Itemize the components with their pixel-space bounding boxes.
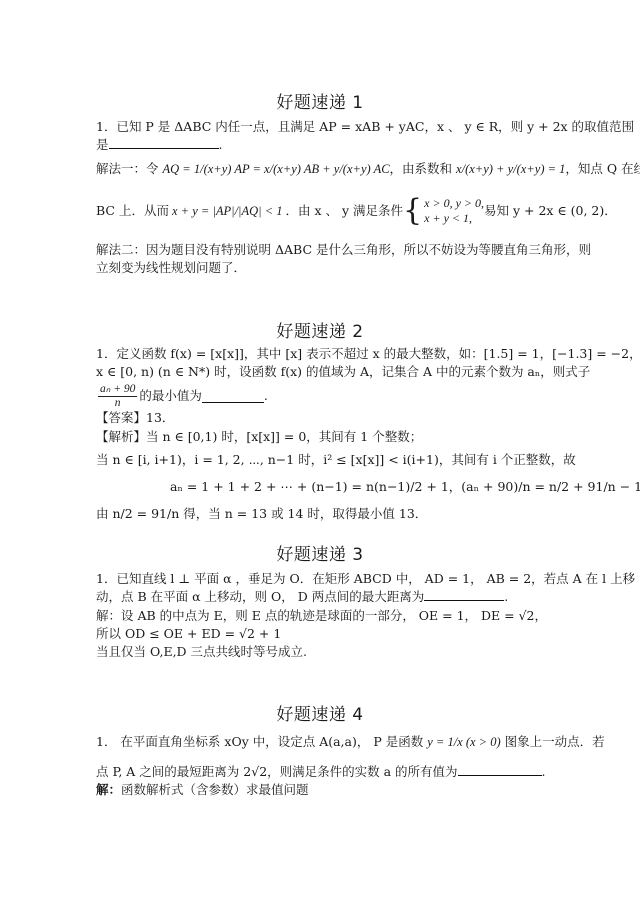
s4-solution: 解：函数解析式（含参数）求最值问题 xyxy=(96,781,556,799)
answer-blank xyxy=(109,136,219,149)
s1-solution1-line2: BC 上．从而 x + y = |AP|/|AQ| < 1 ．由 x 、 y 满… xyxy=(96,194,556,228)
s2-answer: 【答案】13． xyxy=(96,409,556,427)
section-title-1: 好题速递 1 xyxy=(0,88,640,113)
s3-solution-line3: 当且仅当 O,E,D 三点共线时等号成立. xyxy=(96,643,556,661)
s3-question-line1: 1．已知直线 l ⊥ 平面 α ，垂足为 O．在矩形 ABCD 中， AD = … xyxy=(96,570,556,588)
s2-analysis-line1: 【解析】当 n ∈ [0,1) 时，[x[x]] = 0，其间有 1 个整数； xyxy=(96,428,556,446)
s3-question-line2: 动，点 B 在平面 α 上移动，则 O， D 两点间的最大距离为. xyxy=(96,588,556,606)
s1-question-suffix: . xyxy=(219,137,223,152)
s1-solution1-line1: 解法一：令 AQ = 1/(x+y) AP = x/(x+y) AB + y/(… xyxy=(96,160,556,178)
s1-sol1-sum: x/(x+y) + y/(x+y) = 1 xyxy=(456,162,565,176)
s3-q-suffix: . xyxy=(504,589,508,604)
fraction-denominator: n xyxy=(113,397,123,410)
s4-question-line2: 点 P, A 之间的最短距离为 2√2，则满足条件的实数 a 的所有值为. xyxy=(96,763,556,781)
s4-q-suffix: 图象上一动点．若 xyxy=(505,734,605,749)
s2-question-line3: aₙ + 90 n 的最小值为. xyxy=(96,381,556,411)
s2-q-text: 的最小值为 xyxy=(139,387,202,405)
s1-sol1-label: 解法一：令 xyxy=(96,161,159,176)
section-title-3: 好题速递 3 xyxy=(0,540,640,565)
s1-sol1-l2-tail: 易知 y + 2x ∈ (0, 2)． xyxy=(484,202,617,220)
s2-analysis-line4: 由 n/2 = 91/n 得，当 n = 13 或 14 时，取得最小值 13． xyxy=(96,505,556,523)
s1-question-prefix: 是 xyxy=(96,137,109,152)
s1-sol1-l2-mid: ．由 x 、 y 满足条件 xyxy=(286,202,404,220)
s3-solution-line2: 所以 OD ≤ OE + ED = √2 + 1 xyxy=(96,625,556,643)
document-page: 好题速递 1 1．已知 P 是 ΔABC 内任一点，且满足 AP = xAB +… xyxy=(0,0,640,905)
s4-solution-label: 解： xyxy=(96,782,121,797)
s1-sol1-text: ，由系数和 xyxy=(390,161,453,176)
s1-sol1-l2-math: x + y = |AP|/|AQ| < 1 xyxy=(172,202,283,220)
s3-solution-line1: 解：设 AB 的中点为 E，则 E 点的轨迹是球面的一部分， OE = 1， D… xyxy=(96,607,556,625)
answer-blank xyxy=(458,763,542,776)
s2-q-suffix: . xyxy=(264,387,268,405)
s4-q-func: y = 1/x (x > 0) xyxy=(427,735,500,749)
s2-analysis-line3: aₙ = 1 + 1 + 2 + ⋯ + (n−1) = n(n−1)/2 + … xyxy=(170,478,630,496)
fraction-numerator: aₙ + 90 xyxy=(98,383,137,397)
section-title-2: 好题速递 2 xyxy=(0,317,640,342)
s4-q-text: 点 P, A 之间的最短距离为 2√2，则满足条件的实数 a 的所有值为 xyxy=(96,764,458,779)
s4-solution-text: 函数解析式（含参数）求最值问题 xyxy=(121,782,309,797)
s3-q-text: 动，点 B 在平面 α 上移动，则 O， D 两点间的最大距离为 xyxy=(96,589,424,604)
s2-analysis-line2: 当 n ∈ [i, i+1)，i = 1, 2, ⋯, n−1 时，i² ≤ [… xyxy=(96,451,556,469)
answer-blank xyxy=(202,390,264,403)
s1-sol1-math: AQ = 1/(x+y) AP = x/(x+y) AB + y/(x+y) A… xyxy=(163,162,390,176)
s1-question-line1: 1．已知 P 是 ΔABC 内任一点，且满足 AP = xAB + yAC，x … xyxy=(96,118,556,136)
section-title-4: 好题速递 4 xyxy=(0,700,640,725)
s4-q-prefix: 1． 在平面直角坐标系 xOy 中，设定点 A(a,a)， P 是函数 xyxy=(96,734,423,749)
condition-row-2: x + y < 1, xyxy=(424,211,484,226)
condition-row-1: x > 0, y > 0, xyxy=(424,196,484,211)
s4-question-line1: 1． 在平面直角坐标系 xOy 中，设定点 A(a,a)， P 是函数 y = … xyxy=(96,733,556,751)
s1-solution2-line1: 解法二：因为题目没有特别说明 ΔABC 是什么三角形，所以不妨设为等腰直角三角形… xyxy=(96,241,556,259)
answer-blank xyxy=(424,588,504,601)
s2-question-line1: 1．定义函数 f(x) = [x[x]]，其中 [x] 表示不超过 x 的最大整… xyxy=(96,345,556,363)
s4-q-suffix2: . xyxy=(542,764,546,779)
s1-sol1-l2-head: BC 上．从而 xyxy=(96,202,169,220)
left-brace-icon: { xyxy=(403,196,422,226)
condition-system: { x > 0, y > 0, x + y < 1, xyxy=(403,196,484,226)
s2-question-line2: x ∈ [0, n) (n ∈ N*) 时，设函数 f(x) 的值域为 A，记集… xyxy=(96,363,556,381)
fraction: aₙ + 90 n xyxy=(98,383,137,410)
s1-sol1-tail: ，知点 Q 在线段 xyxy=(565,161,640,176)
s1-solution2-line2: 立刻变为线性规划问题了． xyxy=(96,259,556,277)
s1-question-line2: 是. xyxy=(96,136,556,154)
